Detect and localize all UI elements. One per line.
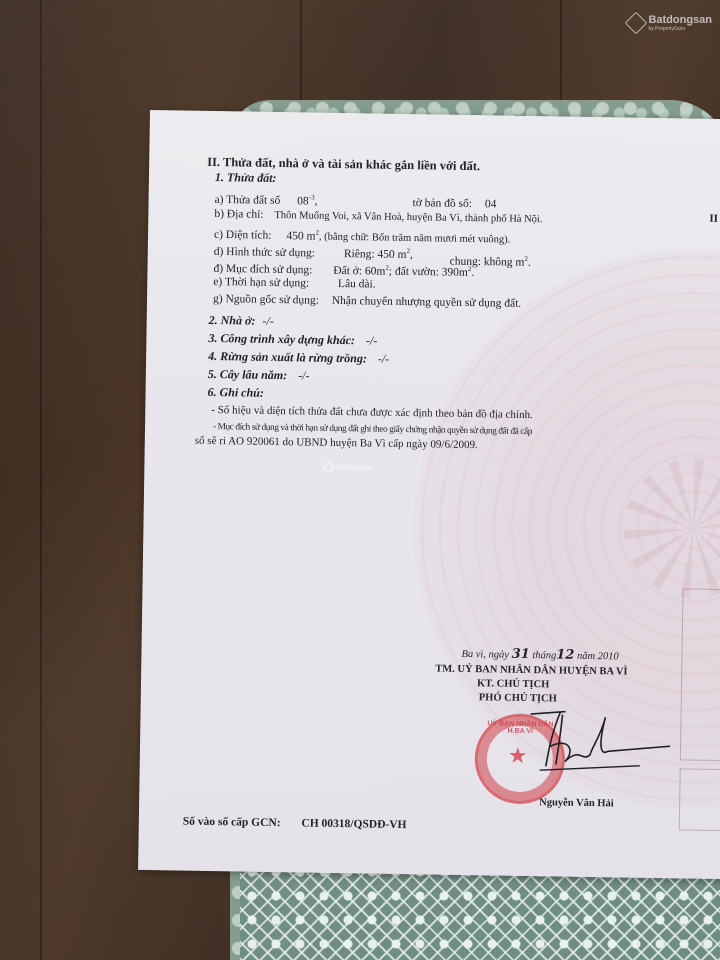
notes-heading: 6. Ghi chú: bbox=[207, 385, 264, 400]
center-watermark-brand: Batdongsan bbox=[336, 464, 373, 472]
batdongsan-watermark: Batdongsan by PropertyGuru bbox=[628, 14, 712, 32]
origin-label: g) Nguồn gốc sử dụng: bbox=[213, 293, 319, 307]
map-sheet: tờ bản đồ số: 04 bbox=[412, 196, 496, 211]
next-section-marker: II bbox=[709, 213, 718, 225]
item-value: -/- bbox=[262, 314, 274, 328]
term-value: Lâu dài. bbox=[338, 278, 376, 291]
address-label: b) Địa chỉ: bbox=[214, 208, 263, 221]
map-sheet-label: tờ bản đồ số: bbox=[412, 197, 472, 210]
term-label: e) Thời hạn sử dụng: bbox=[213, 276, 309, 290]
parcel-value: 08 bbox=[297, 195, 309, 207]
item-label: 5. Cây lâu năm: bbox=[208, 367, 288, 382]
purpose-garden: ; đất vườn: 390m bbox=[389, 266, 468, 279]
item-label: 3. Công trình xây dựng khác: bbox=[208, 331, 355, 347]
house-diamond-icon bbox=[323, 461, 336, 474]
item-house: 2. Nhà ở: -/- bbox=[209, 313, 274, 328]
usage-private: Riêng: 450 m bbox=[344, 248, 407, 261]
date-year: năm 2010 bbox=[577, 651, 619, 663]
signing-role-1: KT. CHỦ TỊCH bbox=[477, 677, 549, 692]
item-other-construction: 3. Công trình xây dựng khác: -/- bbox=[208, 331, 377, 348]
address-value: Thôn Muống Voi, xã Vân Hoà, huyện Ba Vì,… bbox=[274, 210, 542, 225]
purpose-residential: Đất ở: 60m bbox=[333, 265, 385, 278]
parcel-label: a) Thửa đất số bbox=[215, 194, 281, 207]
watermark-brand: Batdongsan bbox=[648, 14, 712, 26]
term-row: e) Thời hạn sử dụng: Lâu dài. bbox=[213, 275, 376, 292]
registry-value: CH 00318/QSDĐ-VH bbox=[301, 817, 406, 831]
parcel-row: a) Thửa đất số 08-3, bbox=[214, 189, 317, 208]
wood-grain bbox=[40, 0, 42, 960]
area-label: c) Diện tích: bbox=[214, 229, 272, 242]
usage-shared-suffix: . bbox=[528, 257, 531, 269]
item-production-forest: 4. Rừng sản xuất là rừng trồng: -/- bbox=[208, 349, 389, 366]
signer-name: Nguyễn Văn Hải bbox=[539, 796, 614, 811]
note-line-1: - Số hiệu và diện tích thửa đất chưa đượ… bbox=[211, 403, 533, 422]
origin-row: g) Nguồn gốc sử dụng: Nhận chuyển nhượng… bbox=[213, 292, 521, 311]
item-perennial-trees: 5. Cây lâu năm: -/- bbox=[208, 367, 310, 383]
signing-date: Ba vì, ngày 31 tháng12 năm 2010 bbox=[461, 647, 618, 664]
usage-private-suffix: , bbox=[410, 249, 413, 261]
center-watermark: Batdongsan bbox=[324, 463, 374, 473]
signature bbox=[520, 706, 681, 779]
house-diamond-icon bbox=[625, 12, 648, 35]
origin-value: Nhận chuyển nhượng quyền sử dụng đất. bbox=[332, 295, 522, 310]
watermark-text: Batdongsan by PropertyGuru bbox=[648, 14, 712, 32]
registry-row: Số vào sổ cấp GCN: CH 00318/QSDĐ-VH bbox=[183, 815, 407, 833]
watermark-tagline: by PropertyGuru bbox=[648, 26, 712, 32]
date-month: 12 bbox=[556, 647, 574, 662]
parcel-suffix: , bbox=[314, 195, 317, 207]
item-label: 4. Rừng sản xuất là rừng trồng: bbox=[208, 349, 367, 365]
date-prefix: Ba vì, ngày bbox=[461, 649, 509, 661]
item-value: -/- bbox=[366, 333, 378, 347]
map-sheet-value: 04 bbox=[485, 198, 497, 210]
registry-label: Số vào sổ cấp GCN: bbox=[183, 816, 281, 830]
signing-org: TM. UỶ BAN NHÂN DÂN HUYỆN BA VÌ bbox=[435, 663, 628, 680]
signing-role-2: PHÓ CHỦ TỊCH bbox=[479, 691, 557, 706]
date-day: 31 bbox=[512, 647, 530, 662]
area-value: 450 m bbox=[286, 230, 315, 242]
item-label: 2. Nhà ở: bbox=[209, 313, 256, 328]
item-value: -/- bbox=[298, 368, 310, 382]
land-certificate-page: II II. Thửa đất, nhà ở và tài sản khác g… bbox=[138, 110, 720, 879]
purpose-suffix: . bbox=[471, 267, 474, 279]
certificate-content: II II. Thửa đất, nhà ở và tài sản khác g… bbox=[138, 110, 720, 879]
date-month-label: tháng bbox=[532, 650, 556, 661]
item-value: -/- bbox=[378, 352, 390, 366]
land-heading: 1. Thửa đất: bbox=[215, 170, 277, 185]
